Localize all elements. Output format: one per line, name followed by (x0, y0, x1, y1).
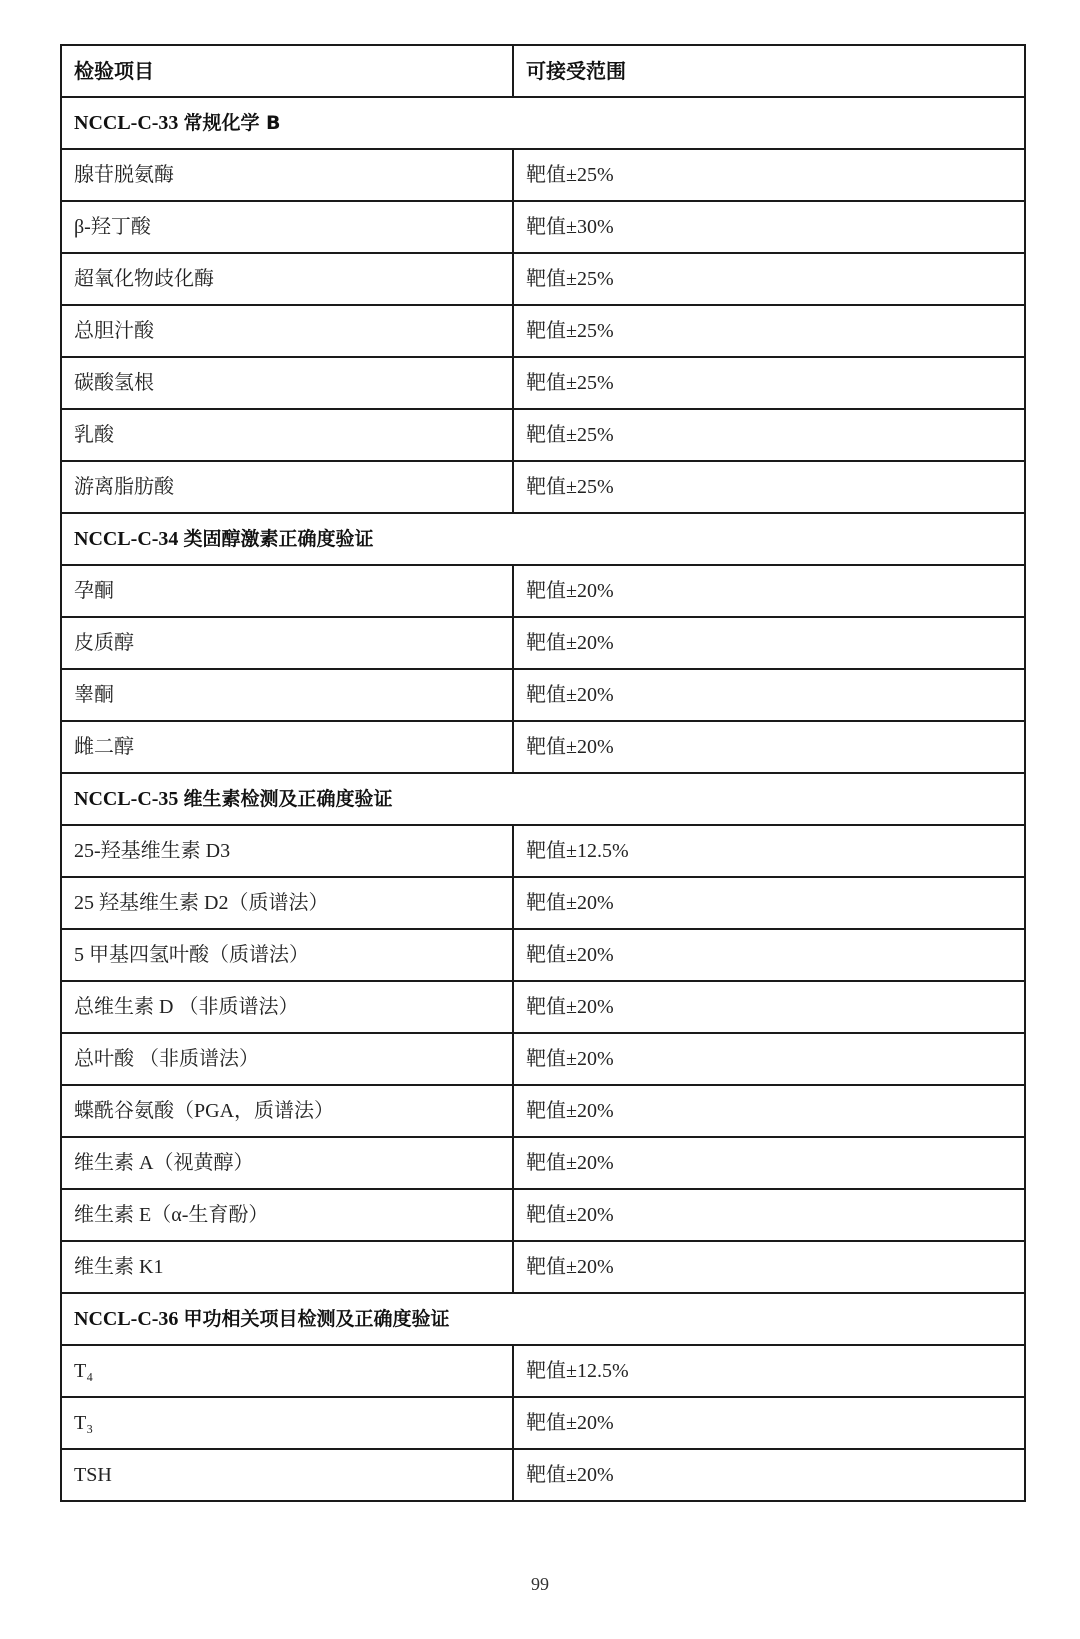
test-item-cell: 腺苷脱氨酶 (61, 149, 513, 201)
header-acceptable-range: 可接受范围 (513, 45, 1025, 97)
acceptable-range-cell: 靶值±20% (513, 1449, 1025, 1501)
acceptable-range-cell: 靶值±25% (513, 357, 1025, 409)
table-row: 腺苷脱氨酶靶值±25% (61, 149, 1025, 201)
section-heading: NCCL-C-33 常规化学 B (61, 97, 1025, 149)
section-code: NCCL-C-36 (74, 1308, 178, 1330)
test-item-cell: 碳酸氢根 (61, 357, 513, 409)
test-item-cell: 25 羟基维生素 D2（质谱法） (61, 877, 513, 929)
test-item-cell: 蝶酰谷氨酸（PGA，质谱法） (61, 1085, 513, 1137)
acceptable-range-cell: 靶值±25% (513, 305, 1025, 357)
test-item-cell: 孕酮 (61, 565, 513, 617)
test-item-cell: 25-羟基维生素 D3 (61, 825, 513, 877)
acceptable-range-cell: 靶值±20% (513, 929, 1025, 981)
table-row: 超氧化物歧化酶靶值±25% (61, 253, 1025, 305)
test-item-cell: 维生素 E（α-生育酚） (61, 1189, 513, 1241)
test-item-cell: T₃ (61, 1397, 513, 1449)
acceptable-range-cell: 靶值±12.5% (513, 1345, 1025, 1397)
table-row: 25 羟基维生素 D2（质谱法）靶值±20% (61, 877, 1025, 929)
section-row: NCCL-C-35 维生素检测及正确度验证 (61, 773, 1025, 825)
section-title: 维生素检测及正确度验证 (183, 788, 392, 810)
test-item-cell: 总胆汁酸 (61, 305, 513, 357)
table-row: 蝶酰谷氨酸（PGA，质谱法）靶值±20% (61, 1085, 1025, 1137)
header-test-item: 检验项目 (61, 45, 513, 97)
table-row: 总维生素 D （非质谱法）靶值±20% (61, 981, 1025, 1033)
table-row: 孕酮靶值±20% (61, 565, 1025, 617)
test-item-cell: 维生素 K1 (61, 1241, 513, 1293)
acceptance-range-table: 检验项目 可接受范围 NCCL-C-33 常规化学 B腺苷脱氨酶靶值±25%β-… (60, 44, 1026, 1502)
table-body: NCCL-C-33 常规化学 B腺苷脱氨酶靶值±25%β-羟丁酸靶值±30%超氧… (61, 97, 1025, 1501)
acceptable-range-cell: 靶值±20% (513, 565, 1025, 617)
acceptable-range-cell: 靶值±20% (513, 1189, 1025, 1241)
table-row: 维生素 K1靶值±20% (61, 1241, 1025, 1293)
table-header-row: 检验项目 可接受范围 (61, 45, 1025, 97)
table-row: 睾酮靶值±20% (61, 669, 1025, 721)
section-heading: NCCL-C-34 类固醇激素正确度验证 (61, 513, 1025, 565)
acceptable-range-cell: 靶值±20% (513, 1397, 1025, 1449)
acceptable-range-cell: 靶值±25% (513, 253, 1025, 305)
section-heading: NCCL-C-36 甲功相关项目检测及正确度验证 (61, 1293, 1025, 1345)
acceptable-range-cell: 靶值±20% (513, 1085, 1025, 1137)
acceptable-range-cell: 靶值±30% (513, 201, 1025, 253)
table-row: 维生素 A（视黄醇）靶值±20% (61, 1137, 1025, 1189)
acceptable-range-cell: 靶值±20% (513, 617, 1025, 669)
table-row: 雌二醇靶值±20% (61, 721, 1025, 773)
test-item-cell: 超氧化物歧化酶 (61, 253, 513, 305)
table-row: 5 甲基四氢叶酸（质谱法）靶值±20% (61, 929, 1025, 981)
section-code: NCCL-C-34 (74, 528, 178, 550)
acceptable-range-cell: 靶值±20% (513, 981, 1025, 1033)
test-item-cell: 乳酸 (61, 409, 513, 461)
test-item-cell: 总叶酸 （非质谱法） (61, 1033, 513, 1085)
table-row: 总胆汁酸靶值±25% (61, 305, 1025, 357)
test-item-cell: 总维生素 D （非质谱法） (61, 981, 513, 1033)
table-row: 25-羟基维生素 D3靶值±12.5% (61, 825, 1025, 877)
test-item-cell: β-羟丁酸 (61, 201, 513, 253)
section-title: 甲功相关项目检测及正确度验证 (183, 1308, 449, 1330)
acceptable-range-cell: 靶值±20% (513, 669, 1025, 721)
acceptable-range-cell: 靶值±20% (513, 1241, 1025, 1293)
acceptable-range-cell: 靶值±20% (513, 877, 1025, 929)
test-item-cell: T₄ (61, 1345, 513, 1397)
section-code: NCCL-C-33 (74, 112, 178, 134)
test-item-cell: 雌二醇 (61, 721, 513, 773)
document-page: 检验项目 可接受范围 NCCL-C-33 常规化学 B腺苷脱氨酶靶值±25%β-… (0, 0, 1080, 1639)
table-row: TSH靶值±20% (61, 1449, 1025, 1501)
acceptable-range-cell: 靶值±20% (513, 1033, 1025, 1085)
section-code: NCCL-C-35 (74, 788, 178, 810)
test-item-cell: 游离脂肪酸 (61, 461, 513, 513)
acceptable-range-cell: 靶值±25% (513, 409, 1025, 461)
page-number: 99 (0, 1574, 1080, 1595)
acceptable-range-cell: 靶值±25% (513, 461, 1025, 513)
table-row: T₃靶值±20% (61, 1397, 1025, 1449)
table-row: β-羟丁酸靶值±30% (61, 201, 1025, 253)
test-item-cell: 维生素 A（视黄醇） (61, 1137, 513, 1189)
test-item-cell: 皮质醇 (61, 617, 513, 669)
acceptable-range-cell: 靶值±20% (513, 721, 1025, 773)
section-heading: NCCL-C-35 维生素检测及正确度验证 (61, 773, 1025, 825)
test-item-cell: TSH (61, 1449, 513, 1501)
section-row: NCCL-C-34 类固醇激素正确度验证 (61, 513, 1025, 565)
section-title: 类固醇激素正确度验证 (183, 528, 373, 550)
test-item-cell: 5 甲基四氢叶酸（质谱法） (61, 929, 513, 981)
acceptable-range-cell: 靶值±20% (513, 1137, 1025, 1189)
test-item-cell: 睾酮 (61, 669, 513, 721)
table-row: 碳酸氢根靶值±25% (61, 357, 1025, 409)
table-row: 乳酸靶值±25% (61, 409, 1025, 461)
section-row: NCCL-C-36 甲功相关项目检测及正确度验证 (61, 1293, 1025, 1345)
table-row: T₄靶值±12.5% (61, 1345, 1025, 1397)
table-row: 皮质醇靶值±20% (61, 617, 1025, 669)
section-title: 常规化学 B (183, 112, 280, 134)
table-row: 游离脂肪酸靶值±25% (61, 461, 1025, 513)
acceptable-range-cell: 靶值±12.5% (513, 825, 1025, 877)
table-row: 总叶酸 （非质谱法）靶值±20% (61, 1033, 1025, 1085)
acceptable-range-cell: 靶值±25% (513, 149, 1025, 201)
section-row: NCCL-C-33 常规化学 B (61, 97, 1025, 149)
table-row: 维生素 E（α-生育酚）靶值±20% (61, 1189, 1025, 1241)
